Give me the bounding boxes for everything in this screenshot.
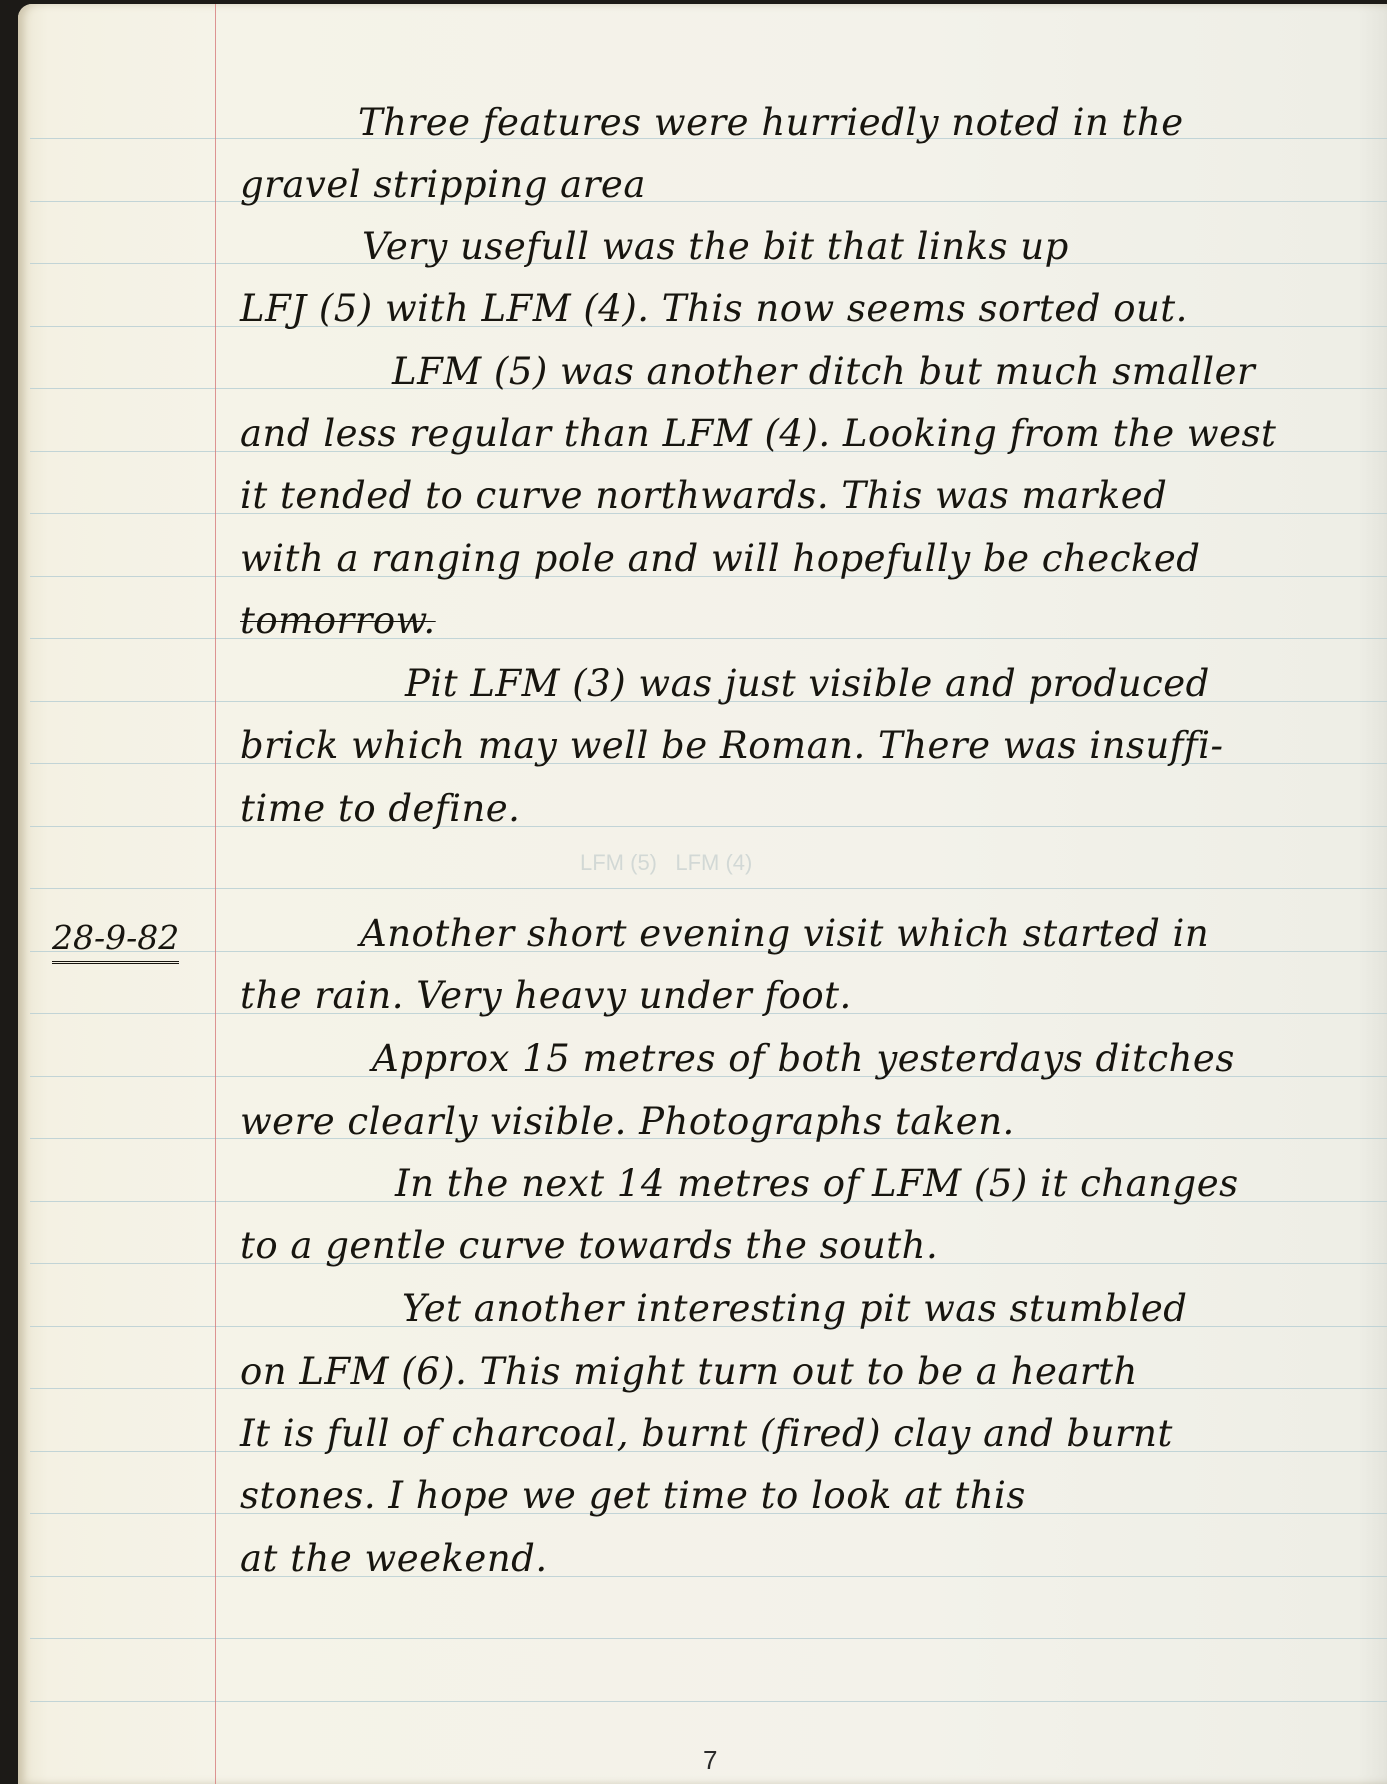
- text-line: tomorrow.: [240, 602, 436, 639]
- text-line: It is full of charcoal, burnt (fired) cl…: [240, 1415, 1173, 1452]
- text-line: Yet another interesting pit was stumbled: [402, 1290, 1187, 1327]
- ruled-line: [30, 1701, 1387, 1702]
- text-line: time to define.: [240, 790, 520, 827]
- notebook-page: [18, 4, 1387, 1784]
- text-line: were clearly visible. Photographs taken.: [240, 1103, 1015, 1140]
- text-line: the rain. Very heavy under foot.: [240, 977, 852, 1014]
- text-line: it tended to curve northwards. This was …: [240, 477, 1167, 514]
- page-number: 7: [703, 1745, 717, 1776]
- ruled-line: [30, 1638, 1387, 1639]
- text-line: with a ranging pole and will hopefully b…: [240, 540, 1200, 577]
- ruled-line: [30, 638, 1387, 639]
- text-line: Approx 15 metres of both yesterdays ditc…: [372, 1040, 1235, 1077]
- text-line: on LFM (6). This might turn out to be a …: [240, 1353, 1138, 1390]
- text-line: LFJ (5) with LFM (4). This now seems sor…: [240, 290, 1188, 327]
- text-line: brick which may well be Roman. There was…: [240, 727, 1223, 764]
- text-line: gravel stripping area: [240, 166, 646, 203]
- text-line: Pit LFM (3) was just visible and produce…: [405, 665, 1210, 702]
- text-line: Very usefull was the bit that links up: [362, 228, 1069, 265]
- ruled-line: [30, 201, 1387, 202]
- text-line: Three features were hurriedly noted in t…: [358, 104, 1184, 141]
- show-through-sketch: LFM (5) LFM (4): [580, 850, 752, 876]
- ruled-line: [30, 888, 1387, 889]
- text-line: In the next 14 metres of LFM (5) it chan…: [395, 1165, 1239, 1202]
- text-line: stones. I hope we get time to look at th…: [240, 1477, 1026, 1514]
- text-line: at the weekend.: [240, 1540, 548, 1577]
- text-line: and less regular than LFM (4). Looking f…: [240, 415, 1276, 452]
- text-line: LFM (5) was another ditch but much small…: [392, 353, 1255, 390]
- ruled-line: [30, 1576, 1387, 1577]
- text-line: to a gentle curve towards the south.: [240, 1227, 938, 1264]
- margin-line: [215, 4, 216, 1784]
- entry-date: 28-9-82: [52, 918, 179, 964]
- ruled-line: [30, 826, 1387, 827]
- text-line: Another short evening visit which starte…: [360, 915, 1209, 952]
